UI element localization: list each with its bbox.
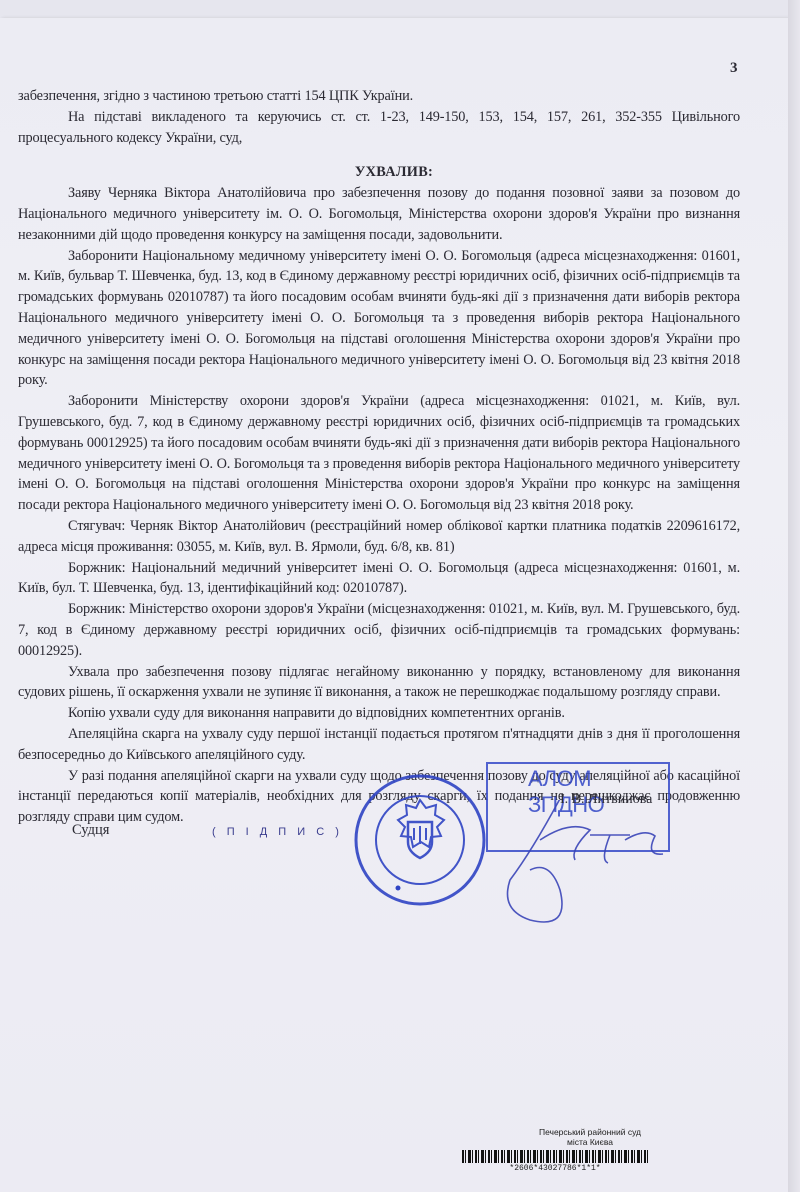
court-footer: Печерський районний суд міста Києва	[530, 1127, 650, 1147]
page-edge	[788, 0, 800, 1192]
handwritten-signature-icon	[500, 800, 680, 940]
ruling-paragraph: Копію ухвали суду для виконання направит…	[18, 703, 740, 724]
ruling-paragraph: Заборонити Міністерству охорони здоров'я…	[18, 391, 740, 516]
ruling-paragraph: Заборонити Національному медичному уніве…	[18, 246, 740, 392]
barcode-number: *2606*43027786*1*1*	[462, 1164, 648, 1173]
court-name-line1: Печерський районний суд	[530, 1127, 650, 1137]
paragraph: забезпечення, згідно з частиною третьою …	[18, 86, 740, 107]
court-seal-icon	[350, 770, 490, 910]
appeal-paragraph: Апеляційна скарга на ухвалу суду першої …	[18, 724, 740, 766]
page-number: 3	[730, 60, 738, 77]
ruling-paragraph: Ухвала про забезпечення позову підлягає …	[18, 662, 740, 704]
document-body: забезпечення, згідно з частиною третьою …	[18, 86, 740, 828]
debtor-paragraph: Боржник: Національний медичний університ…	[18, 558, 740, 600]
ruling-paragraph: Заяву Черняка Віктора Анатолійовича про …	[18, 183, 740, 245]
barcode-icon	[462, 1150, 648, 1163]
judge-label: Судця	[72, 822, 109, 839]
signature-placeholder: ( П І Д П И С )	[212, 826, 343, 838]
court-name-line2: міста Києва	[530, 1137, 650, 1147]
claimant-paragraph: Стягувач: Черняк Віктор Анатолійович (ре…	[18, 516, 740, 558]
ruling-heading: УХВАЛИВ:	[18, 162, 740, 183]
paragraph: На підставі викладеного та керуючись ст.…	[18, 107, 740, 149]
debtor-paragraph: Боржник: Міністерство охорони здоров'я У…	[18, 599, 740, 661]
